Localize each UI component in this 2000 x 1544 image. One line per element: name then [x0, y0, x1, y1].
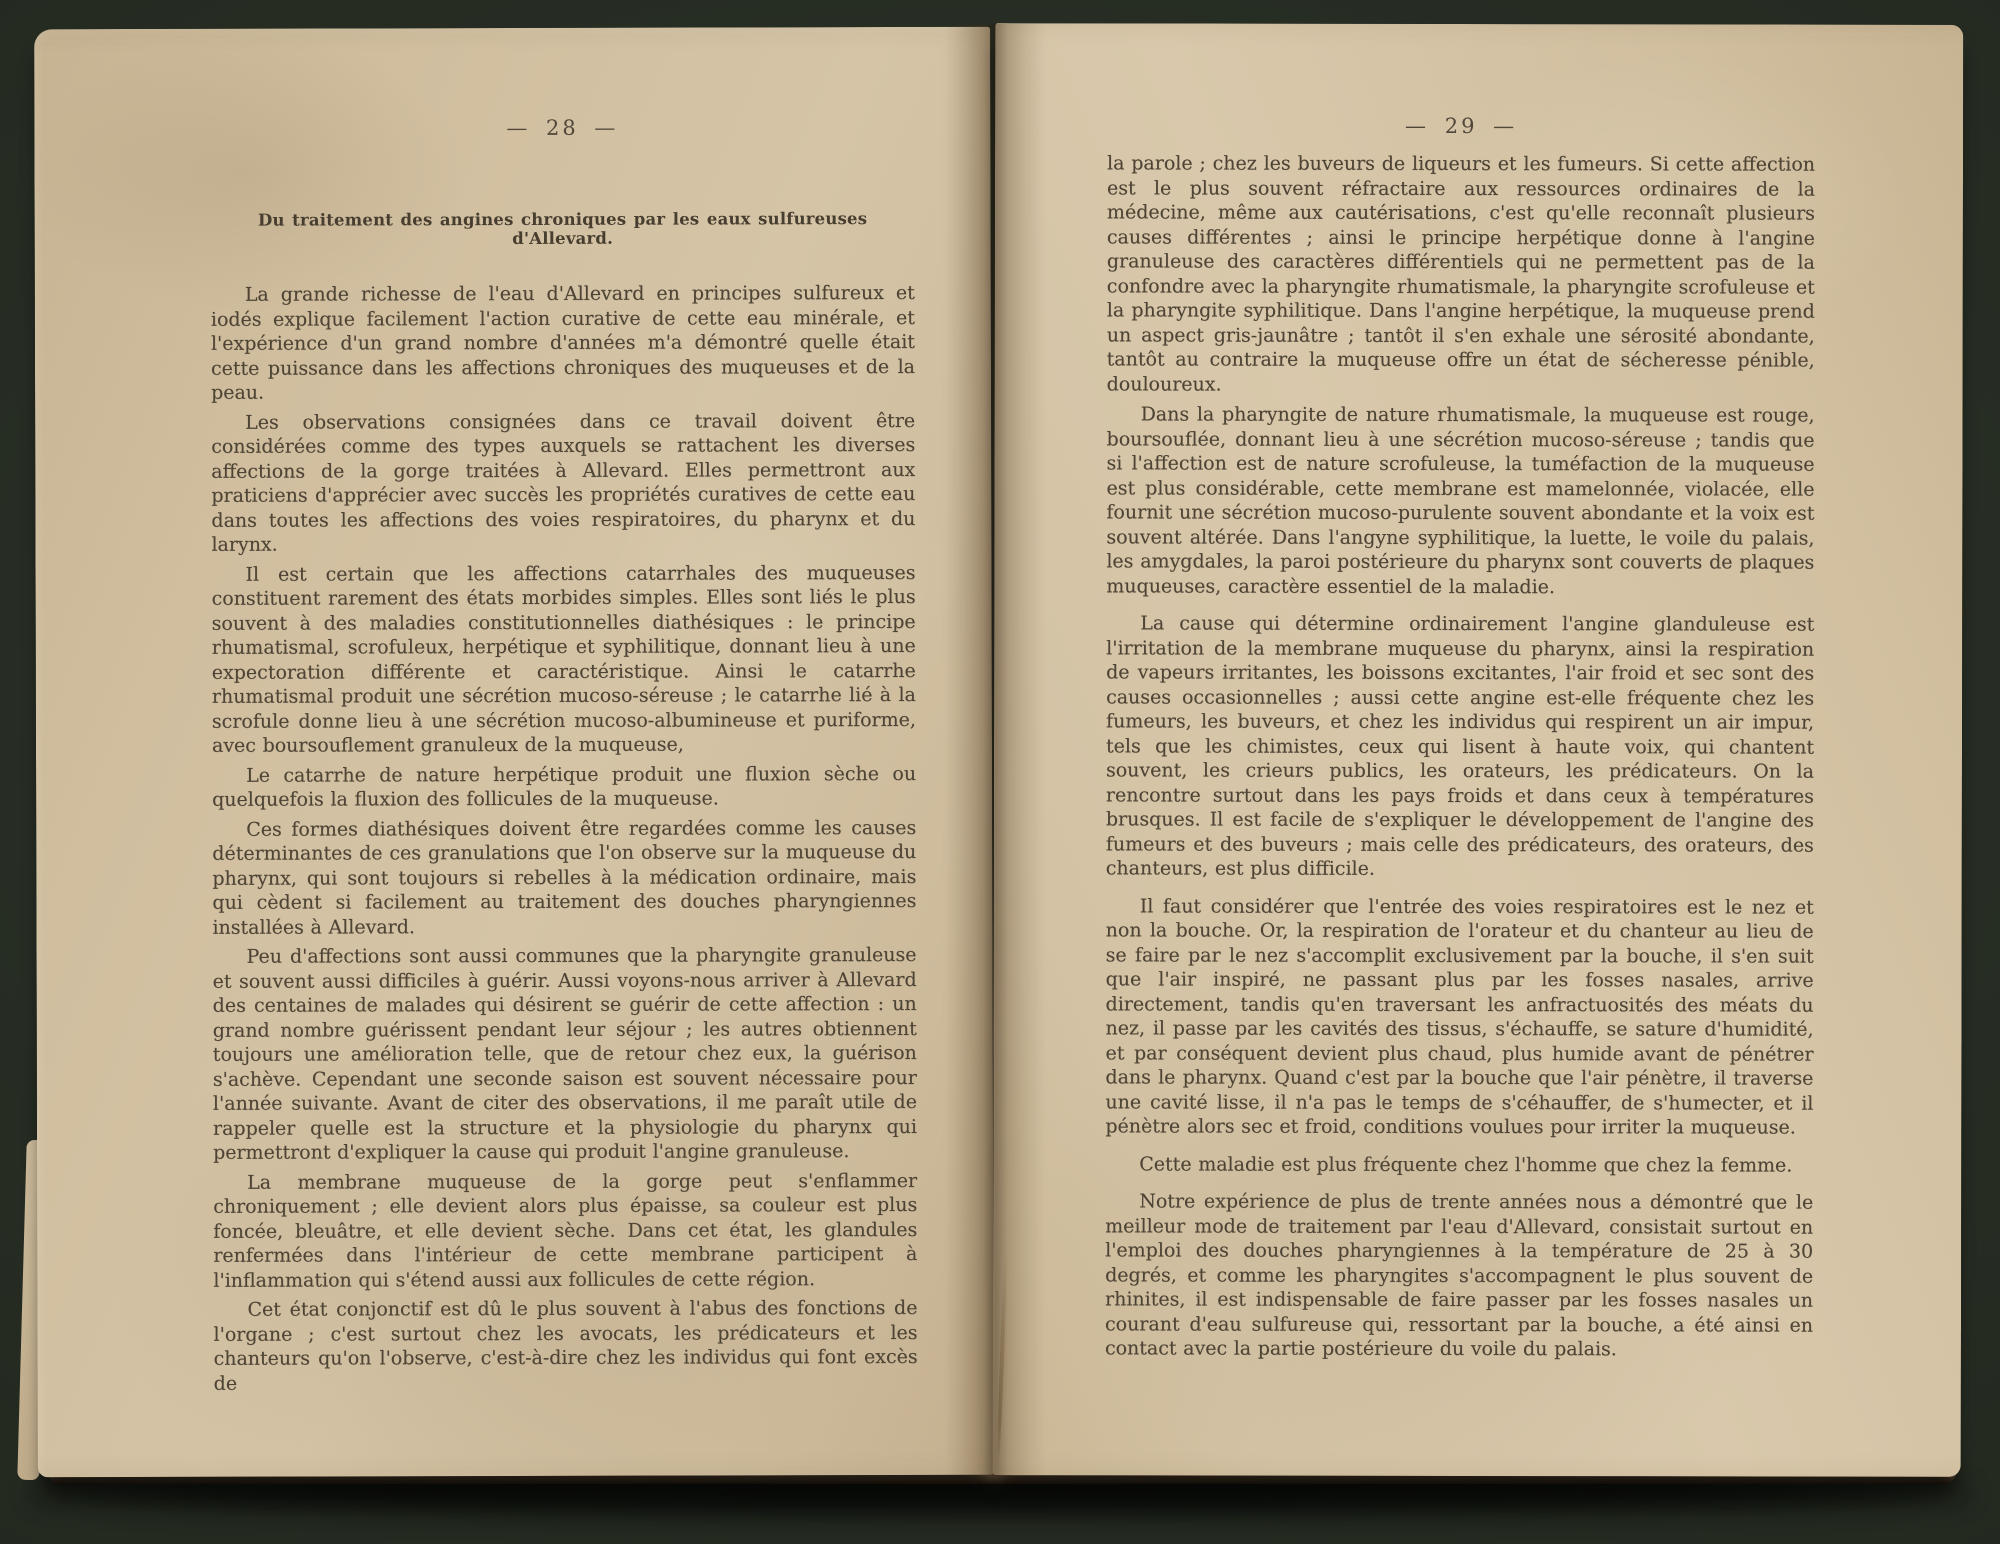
paragraph: La cause qui détermine ordinairement l'a…	[1106, 611, 1814, 882]
page-29-text-column: — 29 — la parole ; chez les buveurs de l…	[1105, 89, 1815, 1368]
page-29-body: la parole ; chez les buveurs de liqueurs…	[1105, 151, 1815, 1362]
paragraph: la parole ; chez les buveurs de liqueurs…	[1107, 151, 1815, 397]
page-29: — 29 — la parole ; chez les buveurs de l…	[993, 23, 1964, 1477]
paragraph: La membrane muqueuse de la gorge peut s'…	[213, 1168, 917, 1292]
paragraph: Peu d'affections sont aussi communes que…	[213, 943, 918, 1165]
paragraph: Le catarrhe de nature herpétique produit…	[212, 761, 916, 812]
paragraph: Ces formes diathésiques doivent être reg…	[212, 815, 916, 939]
page-28: — 28 — Du traitement des angines chroniq…	[34, 27, 994, 1477]
page-28-body: La grande richesse de l'eau d'Allevard e…	[211, 281, 918, 1396]
paragraph: Cette maladie est plus fréquente chez l'…	[1105, 1152, 1813, 1178]
paragraph: La grande richesse de l'eau d'Allevard e…	[211, 281, 915, 405]
chapter-heading: Du traitement des angines chroniques par…	[211, 209, 915, 249]
page-28-text-column: — 28 — Du traitement des angines chroniq…	[210, 93, 917, 1401]
paragraph: Dans la pharyngite de nature rhumatismal…	[1106, 402, 1814, 599]
page-29-number: — 29 —	[1107, 113, 1815, 138]
paragraph: Cet état conjonctif est dû le plus souve…	[213, 1296, 917, 1396]
book-spread-scan: — 28 — Du traitement des angines chroniq…	[0, 0, 2000, 1544]
paragraph: Il faut considérer que l'entrée des voie…	[1105, 894, 1813, 1140]
paragraph: Notre expérience de plus de trente année…	[1105, 1189, 1813, 1362]
page-28-number: — 28 —	[210, 115, 914, 141]
paragraph: Les observations consignées dans ce trav…	[211, 408, 915, 557]
paragraph: Il est certain que les affections catarr…	[212, 560, 917, 758]
